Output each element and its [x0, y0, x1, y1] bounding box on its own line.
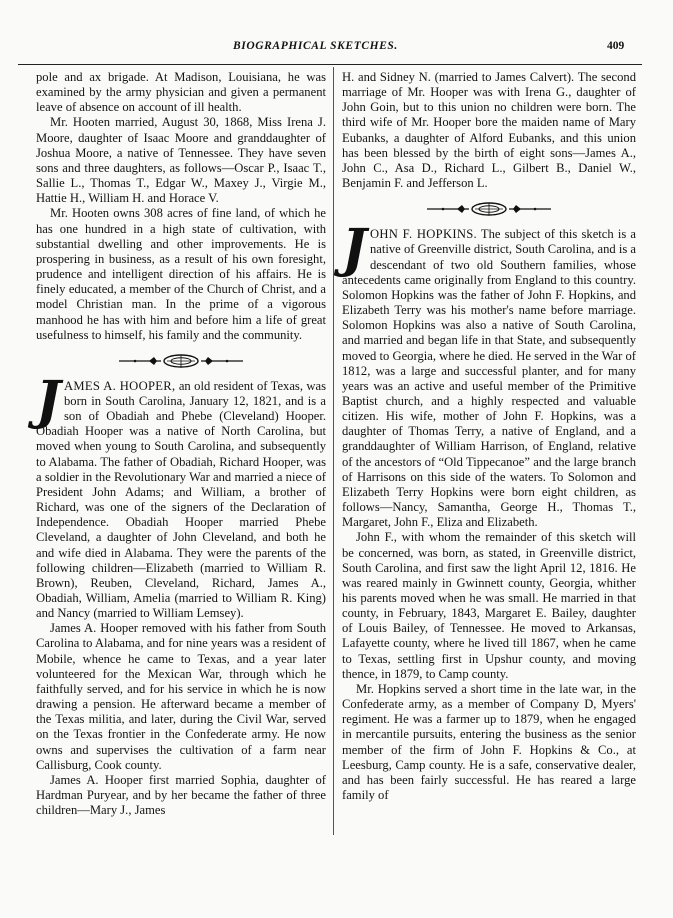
running-head: BIOGRAPHICAL SKETCHES. [233, 40, 398, 52]
paragraph: The subject of this sketch is a native o… [342, 227, 636, 529]
drop-cap: J [342, 229, 364, 271]
paragraph: Mr. Hooten owns 308 acres of fine land, … [36, 206, 326, 342]
fleuron-divider-icon [36, 343, 326, 379]
fleuron-divider-icon [117, 354, 245, 368]
page-number: 409 [607, 40, 624, 52]
paragraph: H. and Sidney N. (married to James Calve… [342, 70, 636, 191]
sketch-james-a-hooper: JAMES A. HOOPER, an old resident of Texa… [36, 379, 326, 819]
paragraph: an old resident of Texas, was born in So… [36, 379, 326, 620]
paragraph: Mr. Hopkins served a short time in the l… [342, 682, 636, 803]
header-rule [18, 64, 642, 65]
sketch-john-f-hopkins: JOHN F. HOPKINS. The subject of this ske… [342, 227, 636, 803]
drop-cap: J [36, 381, 58, 423]
column-divider [333, 67, 334, 835]
sketch-title: OHN F. HOPKINS. [370, 227, 477, 241]
left-column: pole and ax brigade. At Madison, Louisia… [36, 70, 326, 818]
paragraph: pole and ax brigade. At Madison, Louisia… [36, 70, 326, 115]
right-column: H. and Sidney N. (married to James Calve… [342, 70, 636, 803]
page-header: BIOGRAPHICAL SKETCHES. 409 [0, 40, 673, 58]
fleuron-divider-icon [342, 191, 636, 227]
paragraph: James A. Hooper first married Sophia, da… [36, 773, 326, 818]
fleuron-divider-icon [425, 202, 553, 216]
sketch-title: AMES A. HOOPER, [64, 379, 175, 393]
paragraph: John F., with whom the remainder of this… [342, 530, 636, 682]
paragraph: James A. Hooper removed with his father … [36, 621, 326, 773]
paragraph: Mr. Hooten married, August 30, 1868, Mis… [36, 115, 326, 206]
